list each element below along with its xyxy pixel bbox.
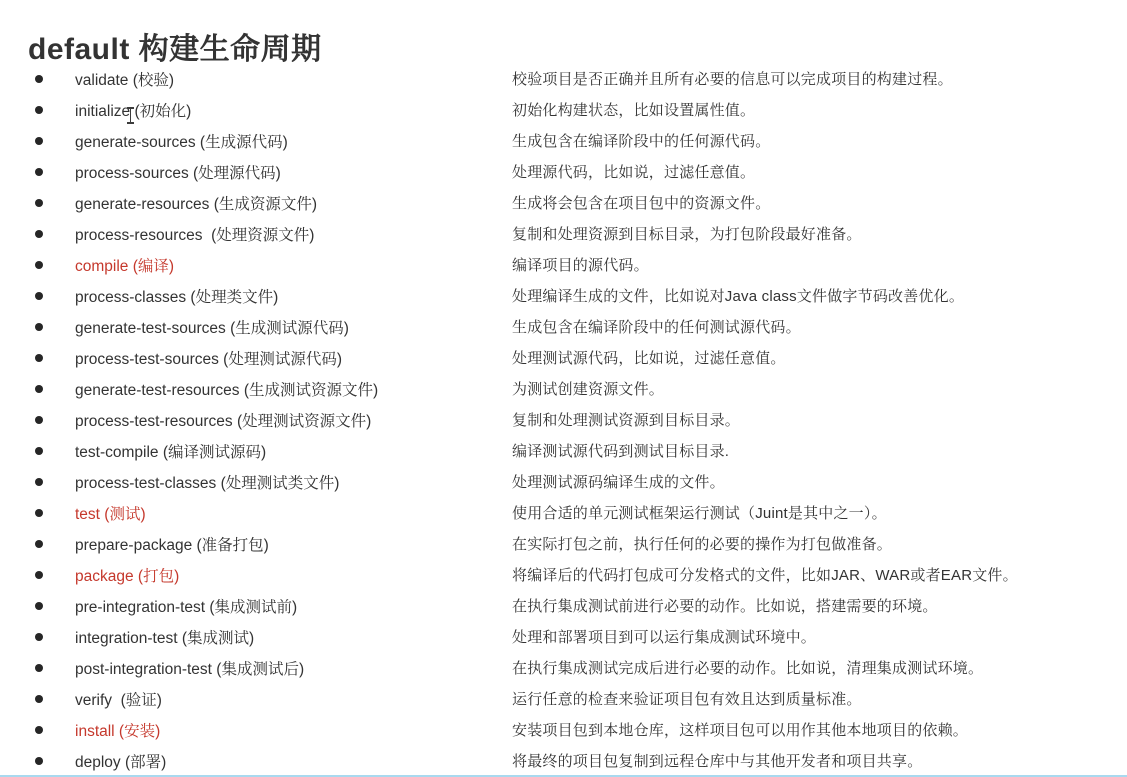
- bullet-icon: [35, 442, 75, 460]
- lifecycle-row: verify (验证) 运行任意的检查来验证项目包有效且达到质量标准。: [0, 683, 1127, 714]
- bullet-icon: [35, 597, 75, 615]
- lifecycle-row: process-classes (处理类文件) 处理编译生成的文件，比如说对Ja…: [0, 280, 1127, 311]
- phase-description: 在执行集成测试完成后进行必要的动作。比如说，清理集成测试环境。: [512, 657, 1127, 678]
- phase-label: deploy (部署): [75, 750, 512, 772]
- lifecycle-row: generate-test-sources (生成测试源代码) 生成包含在编译阶…: [0, 311, 1127, 342]
- lifecycle-list: validate (校验) 校验项目是否正确并且所有必要的信息可以完成项目的构建…: [0, 63, 1127, 776]
- lifecycle-row: generate-sources (生成源代码) 生成包含在编译阶段中的任何源代…: [0, 125, 1127, 156]
- bullet-icon: [35, 101, 75, 119]
- lifecycle-row: integration-test (集成测试) 处理和部署项目到可以运行集成测试…: [0, 621, 1127, 652]
- phase-label: generate-test-resources (生成测试资源文件): [75, 378, 512, 400]
- page-title: default 构建生命周期: [28, 24, 322, 68]
- phase-label: process-sources (处理源代码): [75, 161, 512, 183]
- phase-description: 将编译后的代码打包成可分发格式的文件，比如JAR、WAR或者EAR文件。: [512, 564, 1127, 585]
- bullet-icon: [35, 194, 75, 212]
- phase-description: 处理测试源码编译生成的文件。: [512, 471, 1127, 492]
- phase-label: initialize (初始化): [75, 99, 512, 121]
- phase-label: process-resources (处理资源文件): [75, 223, 512, 245]
- phase-label: process-test-sources (处理测试源代码): [75, 347, 512, 369]
- bullet-icon: [35, 287, 75, 305]
- phase-description: 运行任意的检查来验证项目包有效且达到质量标准。: [512, 688, 1127, 709]
- bullet-icon: [35, 349, 75, 367]
- phase-label: process-test-classes (处理测试类文件): [75, 471, 512, 493]
- phase-label: test-compile (编译测试源码): [75, 440, 512, 462]
- lifecycle-row: prepare-package (准备打包) 在实际打包之前，执行任何的必要的操…: [0, 528, 1127, 559]
- bullet-icon: [35, 659, 75, 677]
- lifecycle-row: install (安装) 安装项目包到本地仓库，这样项目包可以用作其他本地项目的…: [0, 714, 1127, 745]
- phase-description: 编译项目的源代码。: [512, 254, 1127, 275]
- bullet-icon: [35, 535, 75, 553]
- lifecycle-row: initialize (初始化) 初始化构建状态，比如设置属性值。: [0, 94, 1127, 125]
- bullet-icon: [35, 163, 75, 181]
- lifecycle-row: test (测试) 使用合适的单元测试框架运行测试（Juint是其中之一）。: [0, 497, 1127, 528]
- phase-description: 在实际打包之前，执行任何的必要的操作为打包做准备。: [512, 533, 1127, 554]
- phase-label: compile (编译): [75, 254, 512, 276]
- bullet-icon: [35, 721, 75, 739]
- lifecycle-row: deploy (部署) 将最终的项目包复制到远程仓库中与其他开发者和项目共享。: [0, 745, 1127, 776]
- phase-label: install (安装): [75, 719, 512, 741]
- bullet-icon: [35, 473, 75, 491]
- bullet-icon: [35, 318, 75, 336]
- lifecycle-row: compile (编译) 编译项目的源代码。: [0, 249, 1127, 280]
- phase-description: 生成包含在编译阶段中的任何源代码。: [512, 130, 1127, 151]
- bullet-icon: [35, 752, 75, 770]
- phase-label: verify (验证): [75, 688, 512, 710]
- phase-label: generate-resources (生成资源文件): [75, 192, 512, 214]
- phase-label: integration-test (集成测试): [75, 626, 512, 648]
- document-page: default 构建生命周期 validate (校验) 校验项目是否正确并且所…: [0, 0, 1127, 777]
- lifecycle-row: validate (校验) 校验项目是否正确并且所有必要的信息可以完成项目的构建…: [0, 63, 1127, 94]
- phase-label: prepare-package (准备打包): [75, 533, 512, 555]
- bullet-icon: [35, 566, 75, 584]
- lifecycle-row: generate-test-resources (生成测试资源文件) 为测试创建…: [0, 373, 1127, 404]
- phase-description: 安装项目包到本地仓库，这样项目包可以用作其他本地项目的依赖。: [512, 719, 1127, 740]
- phase-description: 处理编译生成的文件，比如说对Java class文件做字节码改善优化。: [512, 285, 1127, 306]
- phase-description: 将最终的项目包复制到远程仓库中与其他开发者和项目共享。: [512, 750, 1127, 771]
- phase-description: 校验项目是否正确并且所有必要的信息可以完成项目的构建过程。: [512, 68, 1127, 89]
- bullet-icon: [35, 225, 75, 243]
- lifecycle-row: pre-integration-test (集成测试前) 在执行集成测试前进行必…: [0, 590, 1127, 621]
- phase-label: process-test-resources (处理测试资源文件): [75, 409, 512, 431]
- lifecycle-row: post-integration-test (集成测试后) 在执行集成测试完成后…: [0, 652, 1127, 683]
- phase-label: pre-integration-test (集成测试前): [75, 595, 512, 617]
- lifecycle-row: process-test-resources (处理测试资源文件) 复制和处理测…: [0, 404, 1127, 435]
- phase-description: 初始化构建状态，比如设置属性值。: [512, 99, 1127, 120]
- bullet-icon: [35, 411, 75, 429]
- lifecycle-row: process-test-classes (处理测试类文件) 处理测试源码编译生…: [0, 466, 1127, 497]
- lifecycle-row: process-test-sources (处理测试源代码) 处理测试源代码，比…: [0, 342, 1127, 373]
- phase-label: process-classes (处理类文件): [75, 285, 512, 307]
- lifecycle-row: process-sources (处理源代码) 处理源代码，比如说，过滤任意值。: [0, 156, 1127, 187]
- lifecycle-row: process-resources (处理资源文件) 复制和处理资源到目标目录，…: [0, 218, 1127, 249]
- phase-description: 处理和部署项目到可以运行集成测试环境中。: [512, 626, 1127, 647]
- lifecycle-row: generate-resources (生成资源文件) 生成将会包含在项目包中的…: [0, 187, 1127, 218]
- phase-description: 使用合适的单元测试框架运行测试（Juint是其中之一）。: [512, 502, 1127, 523]
- phase-description: 生成包含在编译阶段中的任何测试源代码。: [512, 316, 1127, 337]
- phase-label: validate (校验): [75, 68, 512, 90]
- phase-description: 编译测试源代码到测试目标目录.: [512, 440, 1127, 461]
- bullet-icon: [35, 380, 75, 398]
- lifecycle-row: test-compile (编译测试源码) 编译测试源代码到测试目标目录.: [0, 435, 1127, 466]
- bullet-icon: [35, 690, 75, 708]
- lifecycle-row: package (打包) 将编译后的代码打包成可分发格式的文件，比如JAR、WA…: [0, 559, 1127, 590]
- phase-description: 复制和处理测试资源到目标目录。: [512, 409, 1127, 430]
- phase-label: test (测试): [75, 502, 512, 524]
- bullet-icon: [35, 504, 75, 522]
- phase-description: 为测试创建资源文件。: [512, 378, 1127, 399]
- phase-label: package (打包): [75, 564, 512, 586]
- phase-description: 复制和处理资源到目标目录，为打包阶段最好准备。: [512, 223, 1127, 244]
- phase-label: generate-test-sources (生成测试源代码): [75, 316, 512, 338]
- bullet-icon: [35, 132, 75, 150]
- bullet-icon: [35, 70, 75, 88]
- bullet-icon: [35, 256, 75, 274]
- bullet-icon: [35, 628, 75, 646]
- phase-description: 处理测试源代码，比如说，过滤任意值。: [512, 347, 1127, 368]
- phase-description: 处理源代码，比如说，过滤任意值。: [512, 161, 1127, 182]
- phase-label: generate-sources (生成源代码): [75, 130, 512, 152]
- phase-description: 生成将会包含在项目包中的资源文件。: [512, 192, 1127, 213]
- phase-label: post-integration-test (集成测试后): [75, 657, 512, 679]
- phase-description: 在执行集成测试前进行必要的动作。比如说，搭建需要的环境。: [512, 595, 1127, 616]
